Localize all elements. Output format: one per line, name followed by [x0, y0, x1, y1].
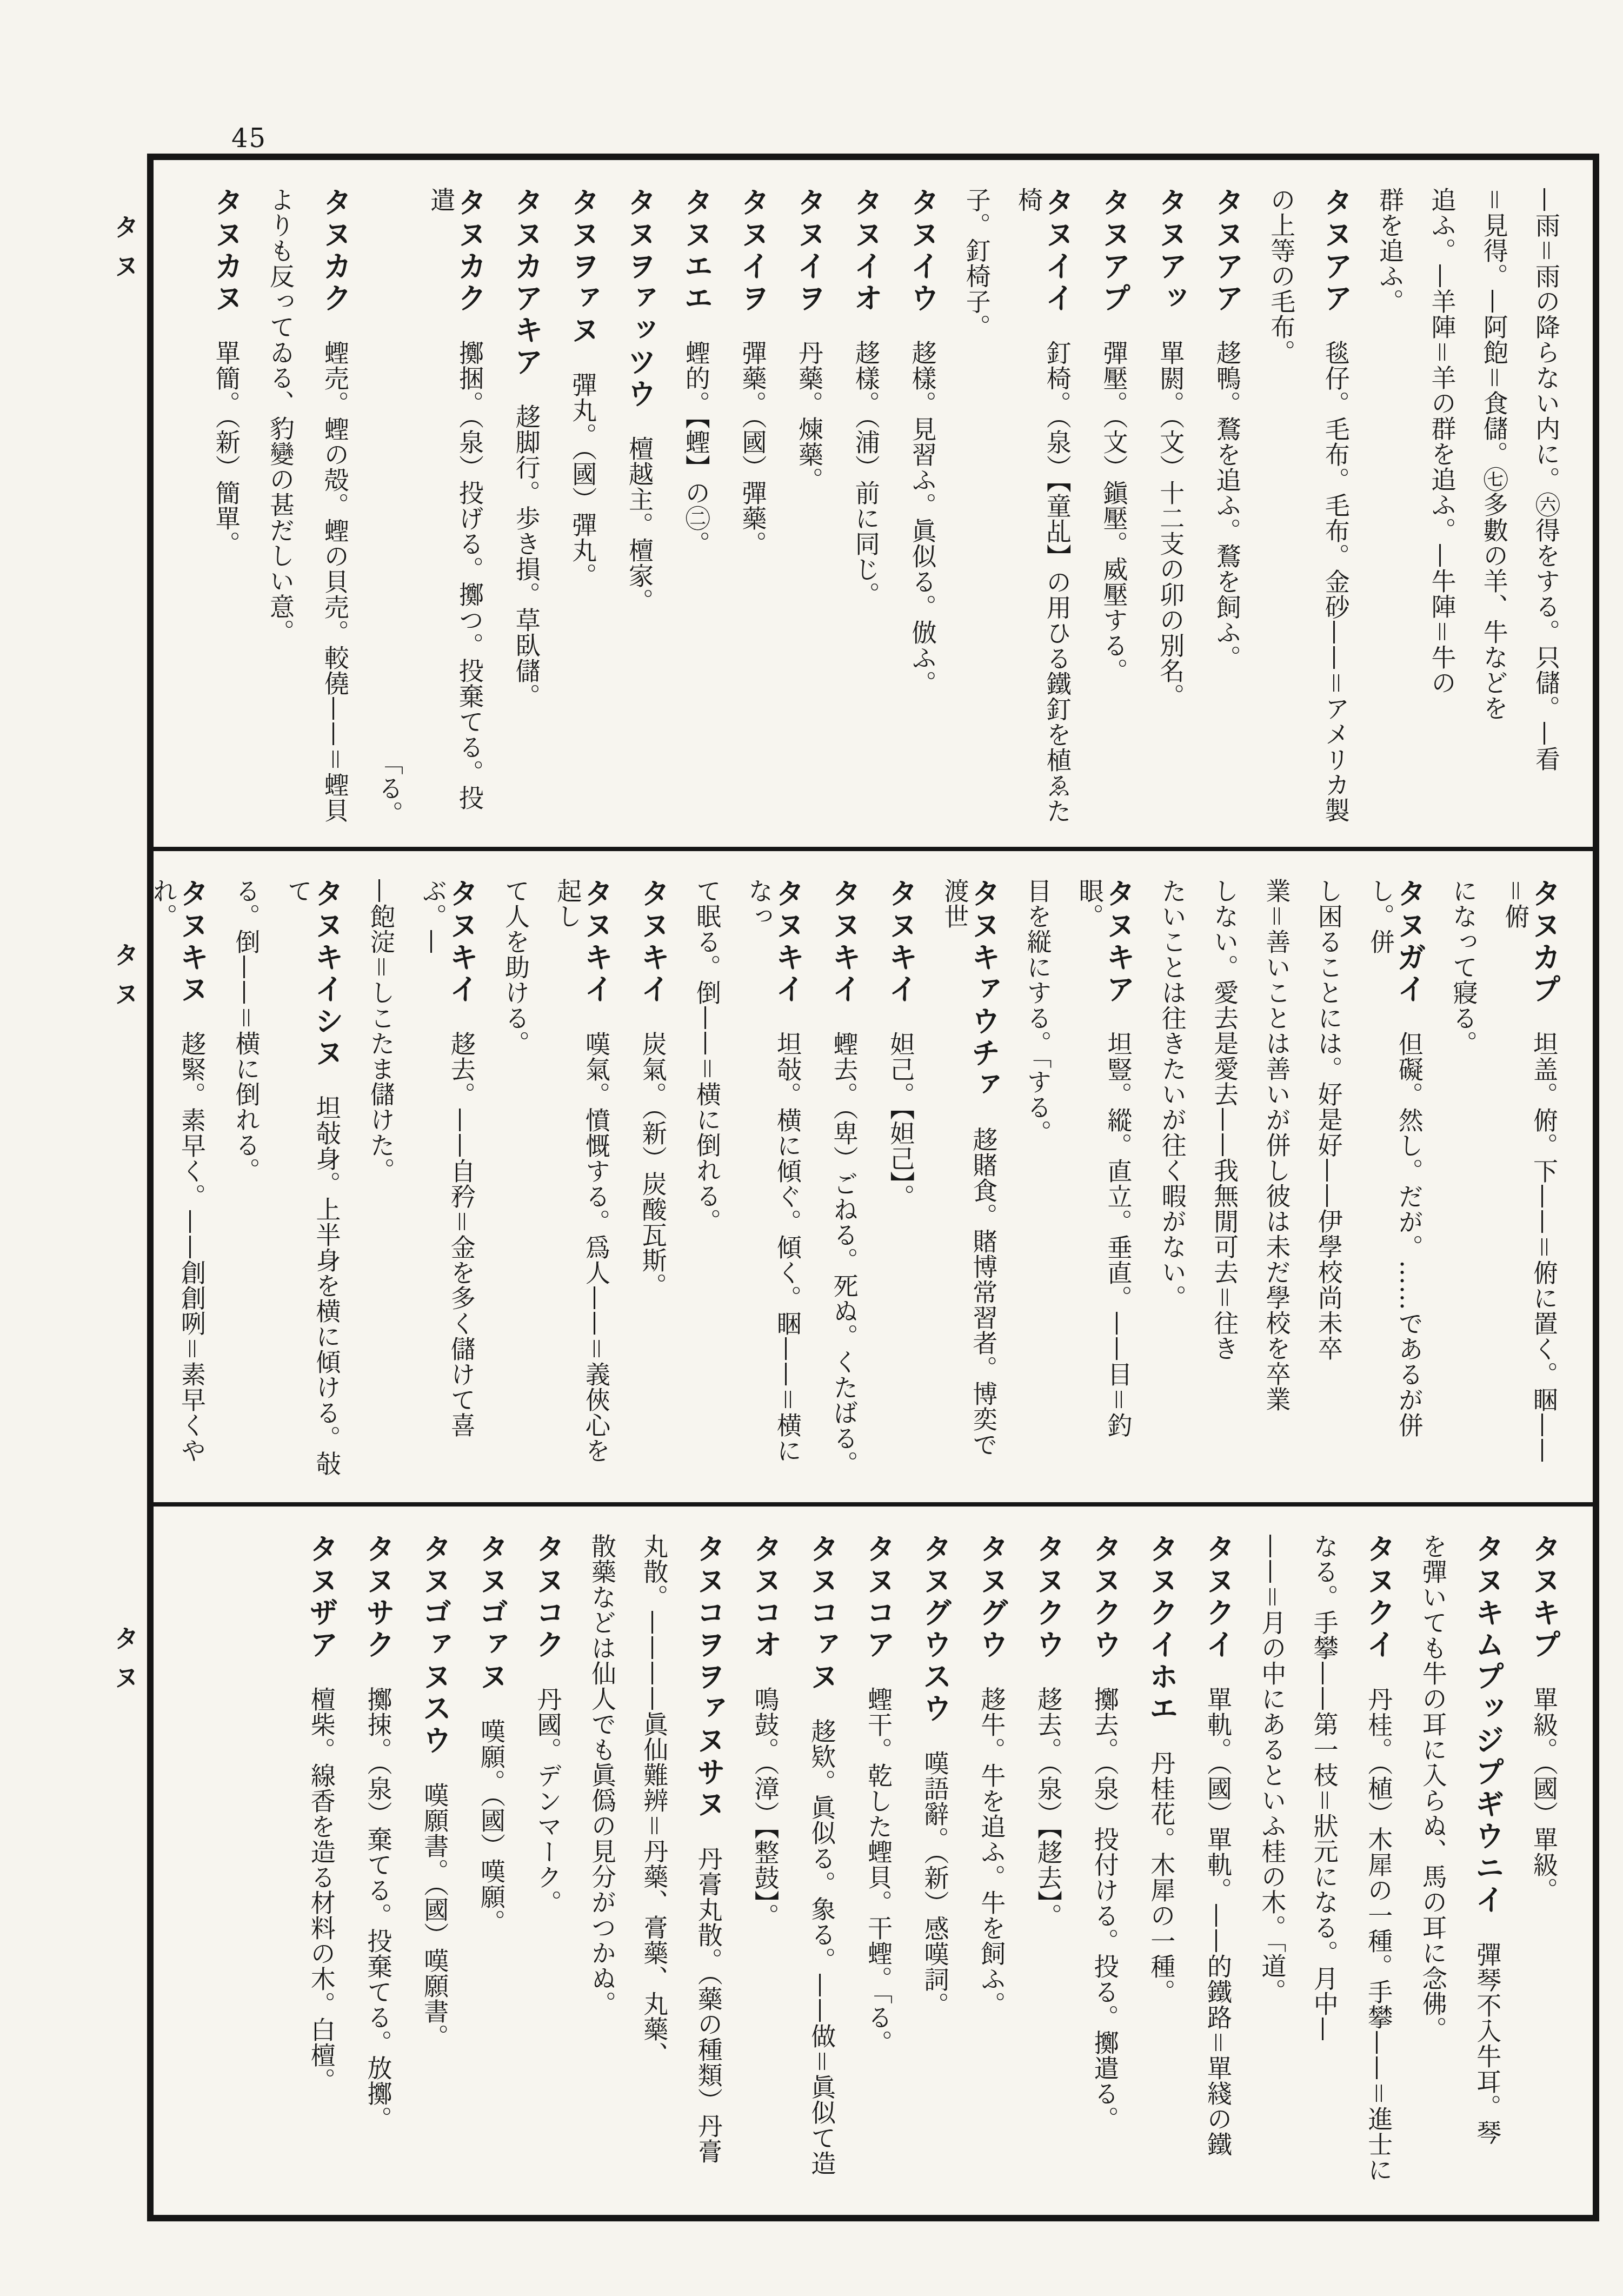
entry-definition: 彈丸。（國）彈丸。	[568, 372, 597, 588]
entry-column: 丸散。————眞仙難辨＝丹藥、膏藥、丸藥、	[641, 1534, 667, 2194]
entry-headword: タヌゴァヌ	[475, 1534, 509, 1693]
entry-column: の上等の毛布。	[1268, 187, 1294, 826]
entry-definition: 單級。（國）單級。	[1529, 1687, 1559, 1903]
entry-definition: ＝見得。—阿飽＝食儲。㊆多數の羊、牛などを	[1480, 187, 1509, 721]
entry-column: しない。愛去是愛去——我無閒可去＝往き	[1212, 878, 1238, 1482]
entry-column: タヌキイシヌ 坦敧身。上半身を横に傾ける。敧て	[285, 878, 342, 1482]
entry-headword: タヌカヌ	[210, 187, 244, 315]
entry-definition: 丹桂。（植）木犀の一種。手攀——＝進士に	[1364, 1687, 1393, 2182]
entry-headword: タヌイオ	[849, 187, 883, 315]
entry-definition: 妲己。【妲己】。	[886, 1031, 915, 1210]
entry-headword: タヌキイ	[636, 878, 670, 1006]
entry-column: タヌクイ 丹桂。（植）木犀の一種。手攀——＝進士に	[1363, 1534, 1394, 2194]
entry-definition: を彈いても牛の耳に入らぬ、馬の耳に念佛。	[1419, 1534, 1448, 2042]
entry-column: —飽淀＝しこたま儲けた。	[368, 878, 394, 1482]
entry-definition: る。倒——＝横に倒れる。	[231, 878, 261, 1183]
entry-headword: タヌアア	[1319, 187, 1353, 315]
entry-column: タヌグウ 趍牛。牛を追ふ。牛を飼ふ。	[976, 1534, 1007, 2194]
entry-definition: 業＝善いことは善いが併し彼は未だ學校を卒業	[1262, 878, 1291, 1412]
entry-definition: 蟶去。（卑）ごねる。死ぬ。くたばる。	[830, 1031, 859, 1476]
entry-definition: 蟶干。乾した蟶貝。干蟶。「る。	[864, 1687, 893, 2055]
entry-headword: タヌキイシヌ	[310, 878, 344, 1070]
entry-headword: タヌコク	[531, 1534, 566, 1661]
margin-guide-label: タヌ	[107, 1625, 143, 1703]
entry-definition: 子。釘椅子。	[962, 187, 992, 340]
entry-column: タヌキイ 炭氣。（新）炭酸瓦斯。	[637, 878, 668, 1482]
entry-column: タヌカク 蟶売。蟶の殻。蟶の貝売。較僥——＝蟶貝	[320, 187, 350, 826]
entry-headword: タヌキイ	[828, 878, 862, 1006]
entry-definition: 丹桂花。木犀の一種。	[1147, 1750, 1176, 2005]
entry-headword: タヌグウスウ	[919, 1534, 953, 1725]
entry-headword: タヌコヲヲァヌサヌ	[692, 1534, 726, 1821]
entry-column: る。倒——＝横に倒れる。	[233, 878, 259, 1482]
entry-column: タヌキア 坦豎。縱。直立。垂直。——目＝釣眼。	[1077, 878, 1134, 1482]
entry-column: タヌアプ 彈壓。（文）鎭壓。威壓する。	[1099, 187, 1129, 826]
entry-definition: 嘆願書。（國）嘆願書。	[420, 1782, 449, 2049]
entry-column: タヌゴァヌ 嘆願。（國）嘆願。	[476, 1534, 507, 2194]
entry-column: て眠る。倒——＝横に倒れる。	[694, 878, 720, 1482]
entry-column: し困ることには。好是好——伊學校尚未卒	[1315, 878, 1341, 1482]
entry-headword: タヌアプ	[1097, 187, 1131, 315]
entry-column: になって寢る。	[1451, 878, 1476, 1482]
entry-headword: タヌヲァッツウ	[623, 187, 657, 410]
entry-definition: 趍樣。見習ふ。眞似る。倣ふ。	[908, 340, 937, 696]
entry-definition: 群を追ふ。	[1375, 187, 1405, 314]
entry-headword: タヌカク	[453, 187, 487, 315]
entry-column: タヌイオ 趍樣。（浦）前に同じ。	[850, 187, 881, 826]
entry-column: タヌアア 毯仔。毛布。毛布。金砂——＝アメリカ製	[1320, 187, 1351, 826]
entry-column: て人を助ける。	[503, 878, 529, 1482]
entry-column: タヌヲァヌ 彈丸。（國）彈丸。	[568, 187, 598, 826]
entry-headword: タヌカク	[318, 187, 352, 315]
entry-column: タヌグウスウ 嘆語辭。（新）感嘆詞。	[920, 1534, 950, 2194]
entry-definition: 檀越主。檀家。	[625, 436, 654, 614]
entry-column: タヌキイ 嘆氣。憤慨する。爲人——＝義俠心を起し	[555, 878, 611, 1482]
entry-definition: 趍欵。眞似る。象る。——做＝眞似て造	[807, 1718, 836, 2176]
entry-definition: しない。愛去是愛去——我無閒可去＝往き	[1210, 878, 1239, 1361]
entry-column: 散藥などは仙人でも眞僞の見分がつかぬ。	[589, 1534, 615, 2194]
entry-headword: タヌクイホエ	[1145, 1534, 1179, 1725]
entry-definition: 單簡。（新）簡單。	[212, 340, 241, 556]
entry-column: タヌキプ 單級。（國）單級。	[1528, 1534, 1559, 2194]
entry-column: タヌカプ 坦盖。俯。下——＝俯に置く。睏——＝俯	[1502, 878, 1559, 1482]
entry-definition: 彈琴不入牛耳。琴	[1473, 1942, 1502, 2145]
entry-definition: 嘆願。（國）嘆願。	[477, 1718, 506, 1935]
entry-column: 「る。	[376, 187, 402, 826]
entry-definition: 蟶売。蟶の殻。蟶の貝売。較僥——＝蟶貝	[321, 340, 350, 823]
entry-column: タヌアア 趍鴨。鶩を追ふ。鶩を飼ふ。	[1212, 187, 1242, 826]
entry-definition: たいことは往きたいが往く暇がない。	[1158, 878, 1187, 1310]
entry-headword: タヌキイ	[580, 878, 614, 1006]
page-frame: —雨＝雨の降らない内に。㊅得をする。只儲。—看＝見得。—阿飽＝食儲。㊆多數の羊、…	[147, 154, 1599, 2221]
entry-column: 目を縦にする。「する。	[1025, 878, 1050, 1482]
entry-column: タヌコオ 鳴鼓。（漳）【整鼓】。	[750, 1534, 781, 2194]
entry-definition: ——＝月の中にあるといふ桂の木。「道。	[1258, 1534, 1287, 2004]
entry-column: よりも反ってゐる、豹變の甚だしい意。	[268, 187, 294, 826]
entry-headword: タヌキア	[1102, 878, 1136, 1006]
entry-headword: タヌキムプッジプギウニイ	[1471, 1534, 1505, 1916]
entry-definition: 鳴鼓。（漳）【整鼓】。	[751, 1687, 780, 1929]
entry-definition: —雨＝雨の降らない内に。㊅得をする。只儲。—看	[1532, 187, 1561, 772]
entry-column: タヌコァヌ 趍欵。眞似る。象る。——做＝眞似て造	[807, 1534, 837, 2194]
entry-definition: 丸散。————眞仙難辨＝丹藥、膏藥、丸藥、	[640, 1534, 669, 2067]
page-number: 45	[231, 123, 267, 154]
entry-column: タヌクウ 趍去。（泉）【趍去】。	[1033, 1534, 1063, 2194]
entry-column: タヌカク 擲捆。（泉）投げる。擲つ。投棄てる。投遣	[428, 187, 485, 826]
entry-headword: タヌサク	[362, 1534, 396, 1661]
entry-column: タヌカアキア 趍脚行。歩き損。草臥儲。	[511, 187, 542, 826]
entry-headword: タヌキイ	[445, 878, 479, 1006]
entry-definition: 趍樣。（浦）前に同じ。	[852, 340, 881, 607]
entry-headword: タヌガイ	[1393, 878, 1427, 1006]
entry-definition: 趍去。（泉）【趍去】。	[1034, 1687, 1063, 1929]
entry-definition: 丹國。デンマーク。	[534, 1687, 563, 1915]
entry-column: タヌガイ 但礙。然し。だが。……であるが併し。併	[1368, 878, 1425, 1482]
entry-headword: タヌクイ	[1362, 1534, 1396, 1661]
entry-headword: タヌカプ	[1527, 878, 1561, 1006]
entry-headword: タヌイヲ	[736, 187, 770, 315]
entry-definition: よりも反ってゐる、豹變の甚だしい意。	[266, 187, 295, 645]
entry-column: タヌイウ 趍樣。見習ふ。眞似る。倣ふ。	[907, 187, 938, 826]
entry-headword: タヌイヲ	[793, 187, 827, 315]
entry-band-bottom: タヌキプ 單級。（國）單級。タヌキムプッジプギウニイ 彈琴不入牛耳。琴を彈いても…	[154, 1502, 1593, 2215]
entry-column: タヌコヲヲァヌサヌ 丹膏丸散。（藥の種類）丹膏	[693, 1534, 724, 2194]
entry-column: なる。手攀——第一枝＝狀元になる。月中—	[1311, 1534, 1337, 2194]
entry-column: タヌキイ 趍去。——自矜＝金を多く儲けて喜ぶ。—	[420, 878, 477, 1482]
entry-column: タヌヲァッツウ 檀越主。檀家。	[624, 187, 655, 826]
entry-definition: 彈壓。（文）鎭壓。威壓する。	[1099, 340, 1128, 684]
entry-column: タヌザア 檀柴。線香を造る材料の木。白檀。	[306, 1534, 337, 2194]
entry-column: タヌイヲ 彈藥。（國）彈藥。	[737, 187, 768, 826]
entry-headword: タヌクイ	[1201, 1534, 1235, 1661]
entry-headword: タヌグウ	[975, 1534, 1009, 1661]
entry-column: たいことは往きたいが往く暇がない。	[1160, 878, 1186, 1482]
entry-definition: なる。手攀——第一枝＝狀元になる。月中—	[1310, 1534, 1339, 2042]
entry-column: タヌコア 蟶干。乾した蟶貝。干蟶。「る。	[863, 1534, 894, 2194]
entry-headword: タヌコア	[862, 1534, 896, 1661]
entry-column: タヌイイ 釘椅。（泉）【童乩】の用ひる鐵釘を植ゑた椅	[1016, 187, 1073, 826]
entry-definition: 「る。	[375, 750, 404, 826]
entry-column: タヌキイ 妲己。【妲己】。	[886, 878, 916, 1482]
entry-headword: タヌアア	[1210, 187, 1245, 315]
entry-headword: タヌクウ	[1088, 1534, 1122, 1661]
entry-definition: —飽淀＝しこたま儲けた。	[367, 878, 396, 1183]
entry-definition: て人を助ける。	[501, 878, 530, 1056]
entry-column: 子。釘椅子。	[963, 187, 989, 826]
entry-headword: タヌコァヌ	[805, 1534, 839, 1693]
entry-definition: 擲去。（泉）投付ける。投る。擲遣る。	[1090, 1687, 1120, 2132]
entry-headword: タヌアッ	[1154, 187, 1188, 315]
entry-column: タヌキイ 蟶去。（卑）ごねる。死ぬ。くたばる。	[829, 878, 860, 1482]
entry-headword: タヌゴァヌスウ	[418, 1534, 452, 1757]
entry-definition: 擲捒。（泉）棄てる。投棄てる。放擲。	[364, 1687, 393, 2132]
entry-column: タヌカヌ 單簡。（新）簡單。	[211, 187, 242, 826]
entry-column: タヌエエ 蟶的。【蟶】の㊁。	[681, 187, 711, 826]
entry-column: —雨＝雨の降らない内に。㊅得をする。只儲。—看	[1533, 187, 1559, 826]
entry-headword: タヌイイ	[1041, 187, 1075, 315]
entry-headword: タヌエエ	[680, 187, 714, 315]
entry-definition: 丹膏丸散。（藥の種類）丹膏	[694, 1846, 723, 2164]
entry-column: タヌイヲ 丹藥。煉藥。	[794, 187, 824, 826]
entry-band-middle: タヌカプ 坦盖。俯。下——＝俯に置く。睏——＝俯になって寢る。タヌガイ 但礙。然…	[154, 847, 1593, 1502]
entry-column: タヌキァウチァ 趍賭食。賭博常習者。博奕で渡世	[942, 878, 999, 1482]
entry-column: タヌゴァヌスウ 嘆願書。（國）嘆願書。	[420, 1534, 450, 2194]
entry-headword: タヌコオ	[749, 1534, 783, 1661]
entry-column: ＝見得。—阿飽＝食儲。㊆多數の羊、牛などを	[1481, 187, 1507, 826]
entry-definition: 單軌。（國）單軌。——的鐵路＝單綫の鐵	[1203, 1687, 1233, 2157]
entry-definition: 追ふ。—羊陣＝羊の群を追ふ。—牛陣＝牛の	[1427, 187, 1456, 695]
entry-definition: 彈藥。（國）彈藥。	[738, 340, 767, 556]
entry-definition: 丹藥。煉藥。	[795, 340, 824, 493]
entry-column: タヌキムプッジプギウニイ 彈琴不入牛耳。琴	[1472, 1534, 1503, 2194]
entry-definition: 趍脚行。歩き損。草臥儲。	[512, 404, 541, 709]
entry-headword: タヌヲァヌ	[566, 187, 600, 347]
entry-column: タヌキヌ 趍緊。素早く。——創創咧＝素早くやれ。	[154, 878, 207, 1482]
entry-definition: 嘆語辭。（新）感嘆詞。	[921, 1750, 950, 2018]
entry-column: タヌアッ 單閼。（文）十二支の卯の別名。	[1155, 187, 1186, 826]
entry-headword: タヌキイ	[771, 878, 805, 1006]
entry-column: タヌコク 丹國。デンマーク。	[533, 1534, 563, 2194]
entry-definition: 趍牛。牛を追ふ。牛を飼ふ。	[977, 1687, 1006, 2017]
dictionary-page-scan: { "page": { "number": "45", "margin_labe…	[0, 0, 1623, 2296]
entry-headword: タヌカアキア	[510, 187, 544, 379]
entry-headword: タヌイウ	[906, 187, 940, 315]
entry-headword: タヌキプ	[1527, 1534, 1561, 1661]
entry-headword: タヌキヌ	[175, 878, 209, 1006]
entry-definition: 目を縦にする。「する。	[1023, 878, 1053, 1145]
entry-band-top: —雨＝雨の降らない内に。㊅得をする。只儲。—看＝見得。—阿飽＝食儲。㊆多數の羊、…	[154, 160, 1593, 847]
entry-definition: 散藥などは仙人でも眞僞の見分がつかぬ。	[588, 1534, 617, 2016]
entry-definition: 檀柴。線香を造る材料の木。白檀。	[307, 1687, 336, 2093]
entry-definition: し困ることには。好是好——伊學校尚未卒	[1314, 878, 1343, 1361]
entry-definition: 毯仔。毛布。毛布。金砂——＝アメリカ製	[1321, 340, 1351, 823]
entry-column: 追ふ。—羊陣＝羊の群を追ふ。—牛陣＝牛の	[1429, 187, 1455, 826]
entry-definition: 趍鴨。鶩を追ふ。鶩を飼ふ。	[1213, 340, 1242, 671]
entry-column: タヌクイ 單軌。（國）單軌。——的鐵路＝單綫の鐵	[1202, 1534, 1233, 2194]
entry-column: タヌサク 擲捒。（泉）棄てる。投棄てる。放擲。	[363, 1534, 394, 2194]
entry-column: タヌクウ 擲去。（泉）投付ける。投る。擲遣る。	[1089, 1534, 1120, 2194]
entry-definition: の上等の毛布。	[1267, 187, 1296, 365]
entry-column: 業＝善いことは善いが併し彼は未だ學校を卒業	[1263, 878, 1289, 1482]
entry-definition: 蟶的。【蟶】の㊁。	[682, 340, 711, 556]
margin-guide-label: タヌ	[107, 942, 143, 1020]
entry-headword: タヌキァウチァ	[967, 878, 1001, 1101]
entry-definition: 炭氣。（新）炭酸瓦斯。	[638, 1031, 668, 1298]
margin-guide-label: タヌ	[107, 214, 143, 292]
entry-definition: 單閼。（文）十二支の卯の別名。	[1156, 340, 1185, 709]
entry-headword: タヌキイ	[884, 878, 918, 1006]
entry-headword: タヌクウ	[1032, 1534, 1066, 1661]
entry-column: タヌキイ 坦敧。横に傾ぐ。傾く。睏——＝横になっ	[746, 878, 803, 1482]
entry-headword: タヌザア	[305, 1534, 339, 1661]
entry-column: を彈いても牛の耳に入らぬ、馬の耳に念佛。	[1420, 1534, 1446, 2194]
entry-column: タヌクイホエ 丹桂花。木犀の一種。	[1146, 1534, 1177, 2194]
entry-definition: になって寢る。	[1449, 878, 1478, 1056]
entry-definition: て眠る。倒——＝横に倒れる。	[693, 878, 722, 1234]
entry-column: ——＝月の中にあるといふ桂の木。「道。	[1259, 1534, 1285, 2194]
entry-column: 群を追ふ。	[1377, 187, 1403, 826]
